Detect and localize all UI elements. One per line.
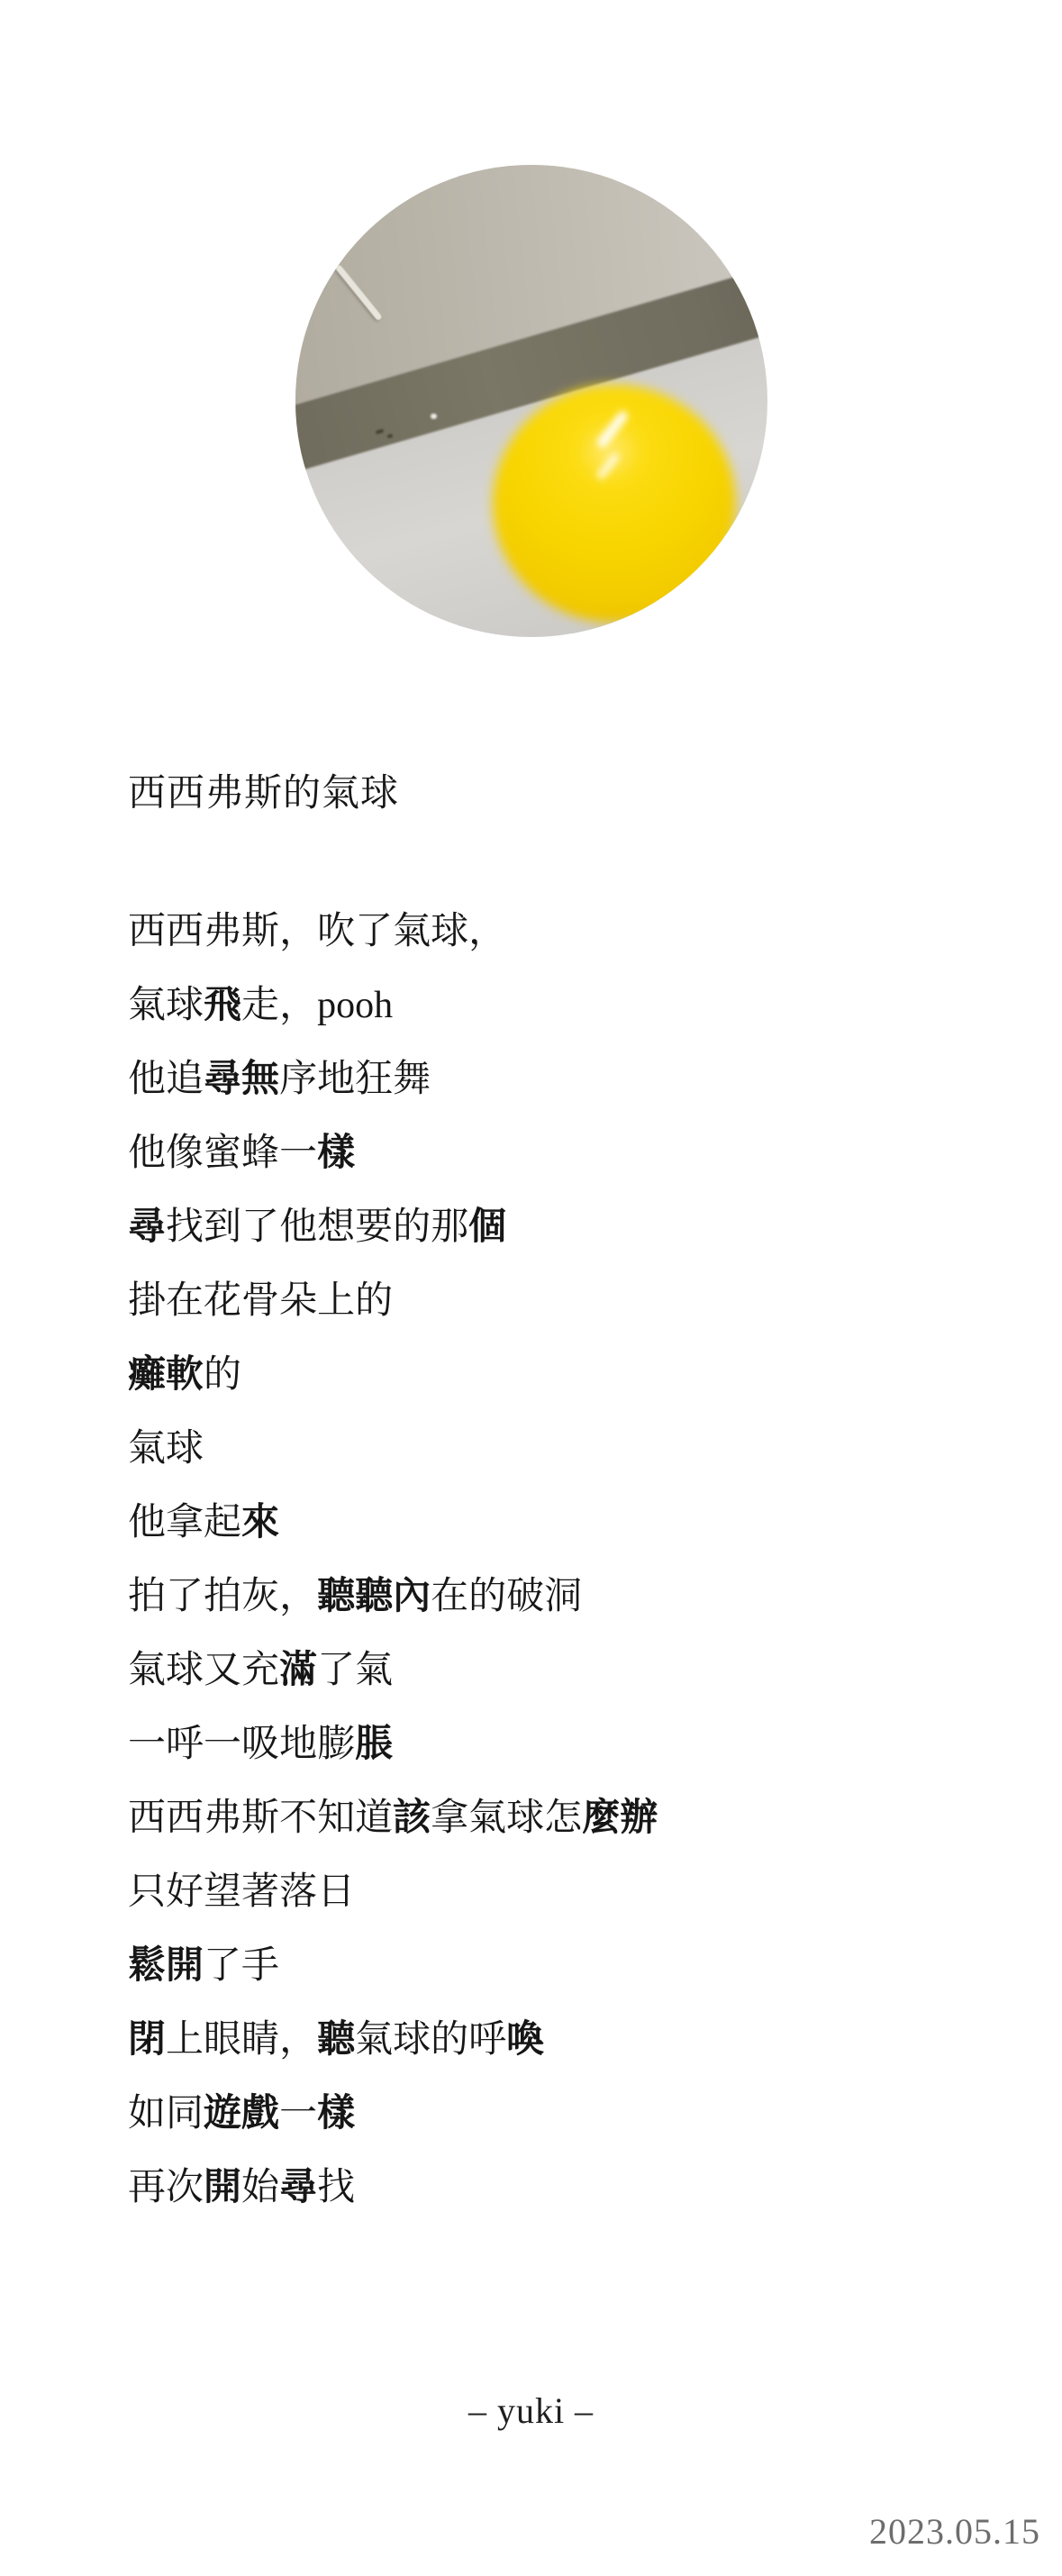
poem-line: 再次開始尋找 xyxy=(128,2151,939,2225)
poem-line: 拍了拍灰，聽聽內在的破洞 xyxy=(128,1560,939,1634)
poem-line: 西西弗斯，吹了氣球， xyxy=(128,895,939,969)
poem-title: 西西弗斯的氣球 xyxy=(128,773,399,815)
balloon-photo xyxy=(295,165,767,637)
poem-line: 他像蜜蜂一樣 xyxy=(128,1116,939,1190)
poem-line: 癱軟的 xyxy=(128,1338,939,1412)
poem-lines: 西西弗斯，吹了氣球，氣球飛走，pooh他追尋無序地狂舞他像蜜蜂一樣尋找到了他想要… xyxy=(128,895,939,2225)
poem-line: 氣球 xyxy=(128,1412,939,1486)
poem-line: 西西弗斯不知道該拿氣球怎麼辦 xyxy=(128,1781,939,1855)
poem-line: 氣球又充滿了氣 xyxy=(128,1634,939,1707)
poem-line: 鬆開了手 xyxy=(128,1929,939,2003)
poem-line: 尋找到了他想要的那個 xyxy=(128,1190,939,1264)
beam-speck-white xyxy=(431,414,437,419)
author-signature: – yuki – xyxy=(0,2389,1062,2432)
poem-line: 掛在花骨朵上的 xyxy=(128,1264,939,1338)
poem-page: 西西弗斯的氣球 西西弗斯，吹了氣球，氣球飛走，pooh他追尋無序地狂舞他像蜜蜂一… xyxy=(0,0,1062,2576)
poem-line: 他拿起來 xyxy=(128,1486,939,1560)
balloon-photo-content xyxy=(295,165,767,637)
date-text: 2023.05.15 xyxy=(869,2510,1040,2553)
poem-line: 只好望著落日 xyxy=(128,1855,939,1929)
poem-line: 閉上眼睛，聽氣球的呼喚 xyxy=(128,2003,939,2077)
poem-line: 一呼一吸地膨脹 xyxy=(128,1707,939,1781)
poem-line: 如同遊戲一樣 xyxy=(128,2077,939,2151)
poem-line: 他追尋無序地狂舞 xyxy=(128,1042,939,1116)
poem-line: 氣球飛走，pooh xyxy=(128,969,939,1042)
